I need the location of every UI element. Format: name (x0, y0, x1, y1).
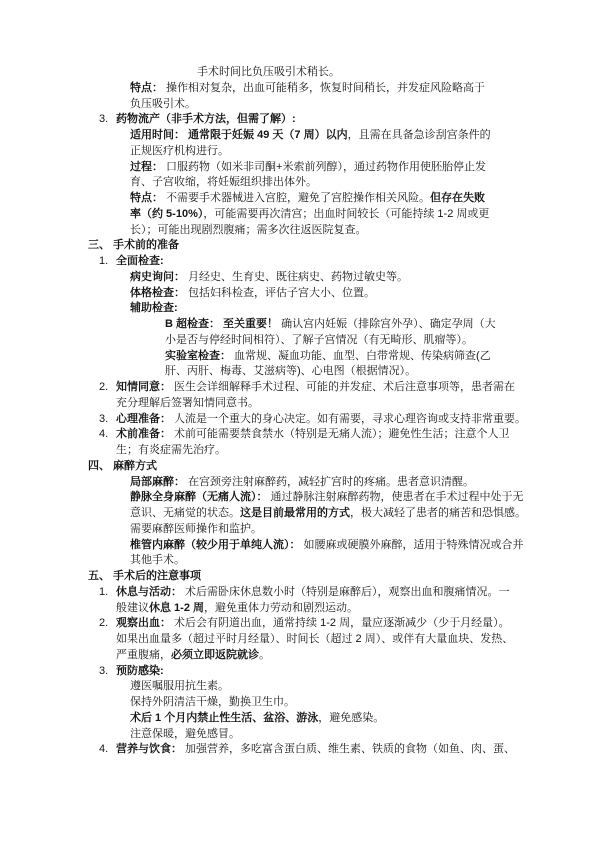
text-line: 过程： 口服药物（如米非司酮+米索前列醇），通过药物作用使胚胎停止发 (0, 160, 595, 176)
text-run: 如果出血量多（超过平时月经量）、时间长（超过 2 周）、或伴有大量血块、发热、 (116, 633, 513, 645)
bold-run: B 超检查： 至关重要！ (165, 318, 278, 330)
section-heading-line: 五、手术后的注意事项 (0, 569, 595, 585)
text-line: 4.营养与饮食： 加强营养，多吃富含蛋白质、维生素、铁质的食物（如鱼、肉、蛋、 (0, 742, 595, 758)
text-line: 4.术前准备： 术前可能需要禁食禁水（特别是无痛人流）；避免性生活；注意个人卫 (0, 427, 595, 443)
text-run: 小是否与停经时间相符）、了解子宫情况（有无畸形、肌瘤等）。 (165, 334, 473, 346)
section-heading-line: 四、麻醉方式 (0, 459, 595, 475)
text-run: 其他手术。 (130, 554, 185, 566)
text-line: 术后 1 个月内禁止性生活、盆浴、游泳，避免感染。 (0, 711, 595, 727)
text-run: ，可能需要再次清宫；出血时间较长（可能持续 1-2 周或更 (203, 208, 489, 220)
text-content: 负压吸引术。 (130, 97, 196, 113)
text-content: 术后 1 个月内禁止性生活、盆浴、游泳，避免感染。 (130, 711, 384, 727)
bold-run: 率（约 5-10%） (130, 208, 203, 220)
heading-number: 四、 (88, 459, 110, 475)
text-content: 需要麻醉医师操作和监护。 (130, 522, 262, 538)
text-line: 育、子宫收缩，将妊娠组织排出体外。 (0, 175, 595, 191)
text-run: 术前可能需要禁食禁水（特别是无痛人流）；避免性生活；注意个人卫 (171, 428, 510, 440)
text-run: ，且需在具备急诊刮宫条件的 (348, 129, 491, 141)
text-content: 般建议休息 1-2 周，避免重体力劳动和剧烈运动。 (116, 601, 358, 617)
text-line: 般建议休息 1-2 周，避免重体力劳动和剧烈运动。 (0, 601, 595, 617)
text-line: 2.观察出血： 术后会有阴道出血，通常持续 1-2 周，量应逐渐减少（少于月经量… (0, 616, 595, 632)
text-content: 营养与饮食： 加强营养，多吃富含蛋白质、维生素、铁质的食物（如鱼、肉、蛋、 (116, 742, 515, 758)
text-content: 肝、丙肝、梅毒、艾滋病等)、心电图（根据情况）。 (165, 364, 416, 380)
text-content: 辅助检查: (130, 301, 178, 317)
list-number: 4. (99, 742, 108, 758)
bold-run: 休息与活动： (116, 586, 182, 598)
text-line: B 超检查： 至关重要！ 确认宫内妊娠（排除宫外孕）、确定孕周（大 (0, 317, 595, 333)
list-number: 1. (99, 585, 108, 601)
text-content: 术前准备： 术前可能需要禁食禁水（特别是无痛人流）；避免性生活；注意个人卫 (116, 427, 510, 443)
text-content: 充分理解后签署知情同意书。 (116, 396, 259, 412)
text-run: 通过静脉注射麻醉药物，使患者在手术过程中处于无 (268, 491, 524, 503)
text-run: 保持外阴清洁干燥，勤换卫生巾。 (130, 696, 295, 708)
text-run: 育、子宫收缩，将妊娠组织排出体外。 (130, 176, 317, 188)
text-content: 意识、无痛觉的状态。这是目前最常用的方式，极大减轻了患者的痛苦和恐惧感。 (130, 506, 526, 522)
text-content: 如果出血量多（超过平时月经量）、时间长（超过 2 周）、或伴有大量血块、发热、 (116, 632, 513, 648)
text-run: 操作相对复杂，出血可能稍多，恢复时间稍长，并发症风险略高于 (163, 82, 485, 94)
text-content: 体格检查： 包括妇科检查，评估子宫大小、位置。 (130, 286, 375, 302)
text-content: 特点： 操作相对复杂，出血可能稍多，恢复时间稍长，并发症风险略高于 (130, 81, 485, 97)
text-content: 全面检查: (116, 254, 164, 270)
text-line: 静脉全身麻醉（无痛人流）： 通过静脉注射麻醉药物，使患者在手术过程中处于无 (0, 490, 595, 506)
text-run: 加强营养，多吃富含蛋白质、维生素、铁质的食物（如鱼、肉、蛋、 (182, 743, 515, 755)
text-line: 保持外阴清洁干燥，勤换卫生巾。 (0, 695, 595, 711)
text-line: 2.知情同意： 医生会详细解释手术过程、可能的并发症、术后注意事项等，患者需在 (0, 380, 595, 396)
text-content: 过程： 口服药物（如米非司酮+米索前列醇），通过药物作用使胚胎停止发 (130, 160, 486, 176)
text-content: 长）；可能出现剧烈腹痛；需多次往返医院复查。 (130, 223, 367, 239)
bold-run: 预防感染: (116, 665, 164, 677)
text-run: 包括妇科检查，评估子宫大小、位置。 (185, 287, 375, 299)
text-line: 率（约 5-10%），可能需要再次清宫；出血时间较长（可能持续 1-2 周或更 (0, 207, 595, 223)
bold-run: 实验室检查： (165, 350, 231, 362)
bold-run: 全面检查: (116, 255, 164, 267)
text-run: 。 (259, 649, 270, 661)
text-run: 肝、丙肝、梅毒、艾滋病等)、心电图（根据情况）。 (165, 365, 416, 377)
bold-run: 特点： (130, 192, 163, 204)
text-line: 小是否与停经时间相符）、了解子宫情况（有无畸形、肌瘤等）。 (0, 333, 595, 349)
text-content: 生；有炎症需先治疗。 (116, 443, 226, 459)
text-line: 1.全面检查: (0, 254, 595, 270)
text-run: 口服药物（如米非司酮+米索前列醇），通过药物作用使胚胎停止发 (163, 161, 486, 173)
text-line: 体格检查： 包括妇科检查，评估子宫大小、位置。 (0, 286, 595, 302)
text-run: 医生会详细解释手术过程、可能的并发症、术后注意事项等，患者需在 (171, 381, 515, 393)
bold-run: 适用时间： 通常限于妊娠 49 天（7 周）以内 (130, 129, 348, 141)
text-content: 手术后的注意事项 (113, 569, 201, 585)
bold-run: 麻醉方式 (113, 460, 157, 472)
text-line: 意识、无痛觉的状态。这是目前最常用的方式，极大减轻了患者的痛苦和恐惧感。 (0, 506, 595, 522)
text-content: 严重腹痛，必须立即返院就诊。 (116, 648, 270, 664)
text-run: 生；有炎症需先治疗。 (116, 444, 226, 456)
text-run: 严重腹痛， (116, 649, 171, 661)
text-content: 休息与活动： 术后需卧床休息数小时（特别是麻醉后），观察出血和腹痛情况。一 (116, 585, 510, 601)
text-content: 正规医疗机构进行。 (130, 144, 229, 160)
text-run: 术后需卧床休息数小时（特别是麻醉后），观察出血和腹痛情况。一 (182, 586, 510, 598)
bold-run: 必须立即返院就诊 (171, 649, 259, 661)
text-run: 意识、无痛觉的状态。 (130, 507, 240, 519)
text-run: 负压吸引术。 (130, 98, 196, 110)
bold-run: 手术后的注意事项 (113, 570, 201, 582)
text-content: 病史询问： 月经史、生育史、既往病史、药物过敏史等。 (130, 270, 408, 286)
text-content: 适用时间： 通常限于妊娠 49 天（7 周）以内，且需在具备急诊刮宫条件的 (130, 128, 491, 144)
text-content: 知情同意： 医生会详细解释手术过程、可能的并发症、术后注意事项等，患者需在 (116, 380, 515, 396)
text-run: 长）；可能出现剧烈腹痛；需多次往返医院复查。 (130, 224, 367, 236)
heading-number: 五、 (88, 569, 110, 585)
text-content: 预防感染: (116, 664, 164, 680)
text-line: 实验室检查： 血常规、凝血功能、血型、白带常规、传染病筛查(乙 (0, 349, 595, 365)
bold-run: 知情同意： (116, 381, 171, 393)
text-line: 椎管内麻醉（较少用于单纯人流）： 如腰麻或硬膜外麻醉，适用于特殊情况或合并 (0, 538, 595, 554)
text-run: 需要麻醉医师操作和监护。 (130, 523, 262, 535)
text-content: 麻醉方式 (113, 459, 157, 475)
text-run: 遵医嘱服用抗生素。 (130, 680, 229, 692)
text-line: 3.心理准备： 人流是一个重大的身心决定。如有需要，寻求心理咨询或支持非常重要。 (0, 412, 595, 428)
bold-run: 术前准备： (116, 428, 171, 440)
text-line: 如果出血量多（超过平时月经量）、时间长（超过 2 周）、或伴有大量血块、发热、 (0, 632, 595, 648)
list-number: 1. (99, 254, 108, 270)
text-content: 药物流产（非手术方法，但需了解）: (116, 112, 296, 128)
bold-run: 营养与饮食： (116, 743, 182, 755)
text-content: B 超检查： 至关重要！ 确认宫内妊娠（排除宫外孕）、确定孕周（大 (165, 317, 496, 333)
text-line: 适用时间： 通常限于妊娠 49 天（7 周）以内，且需在具备急诊刮宫条件的 (0, 128, 595, 144)
text-content: 特点： 不需要手术器械进入宫腔，避免了宫腔操作相关风险。但存在失败 (130, 191, 485, 207)
text-run: 术后会有阴道出血，通常持续 1-2 周，量应逐渐减少（少于月经量）。 (171, 617, 510, 629)
document-page: 手术时间比负压吸引术稍长。特点： 操作相对复杂，出血可能稍多，恢复时间稍长，并发… (0, 0, 595, 841)
text-run: 注意保暖，避免感冒。 (130, 728, 240, 740)
text-line: 手术时间比负压吸引术稍长。 (0, 65, 595, 81)
text-content: 观察出血： 术后会有阴道出血，通常持续 1-2 周，量应逐渐减少（少于月经量）。 (116, 616, 510, 632)
text-line: 3.预防感染: (0, 664, 595, 680)
text-line: 严重腹痛，必须立即返院就诊。 (0, 648, 595, 664)
list-number: 3. (99, 664, 108, 680)
text-line: 注意保暖，避免感冒。 (0, 727, 595, 743)
text-line: 负压吸引术。 (0, 97, 595, 113)
text-content: 其他手术。 (130, 553, 185, 569)
text-content: 实验室检查： 血常规、凝血功能、血型、白带常规、传染病筛查(乙 (165, 349, 491, 365)
bold-run: 静脉全身麻醉（无痛人流）： (130, 491, 268, 503)
bold-run: 药物流产（非手术方法，但需了解）: (116, 113, 296, 125)
text-line: 1.休息与活动： 术后需卧床休息数小时（特别是麻醉后），观察出血和腹痛情况。一 (0, 585, 595, 601)
text-run: 充分理解后签署知情同意书。 (116, 397, 259, 409)
list-number: 2. (99, 380, 108, 396)
bold-run: 过程： (130, 161, 163, 173)
text-run: 血常规、凝血功能、血型、白带常规、传染病筛查(乙 (231, 350, 491, 362)
list-number: 4. (99, 427, 108, 443)
text-content: 育、子宫收缩，将妊娠组织排出体外。 (130, 175, 317, 191)
text-line: 遵医嘱服用抗生素。 (0, 679, 595, 695)
text-run: 月经史、生育史、既往病史、药物过敏史等。 (185, 271, 408, 283)
list-number: 3. (99, 112, 108, 128)
bold-run: 体格检查： (130, 287, 185, 299)
text-run: ，极大减轻了患者的痛苦和恐惧感。 (350, 507, 526, 519)
bold-run: 心理准备： (116, 413, 171, 425)
section-heading-line: 三、手术前的准备 (0, 238, 595, 254)
bold-run: 这是目前最常用的方式 (240, 507, 350, 519)
text-run: ，避免重体力劳动和剧烈运动。 (204, 602, 358, 614)
text-content: 局部麻醉： 在宫颈旁注射麻醉药，减轻扩宫时的疼痛。患者意识清醒。 (130, 475, 474, 491)
list-number: 2. (99, 616, 108, 632)
bold-run: 特点： (130, 82, 163, 94)
text-content: 手术前的准备 (113, 238, 179, 254)
list-number: 3. (99, 412, 108, 428)
text-run: 手术时间比负压吸引术稍长。 (197, 66, 340, 78)
text-line: 需要麻醉医师操作和监护。 (0, 522, 595, 538)
bold-run: 局部麻醉： (130, 476, 185, 488)
text-run: ，避免感染。 (318, 712, 384, 724)
text-content: 小是否与停经时间相符）、了解子宫情况（有无畸形、肌瘤等）。 (165, 333, 473, 349)
bold-run: 手术前的准备 (113, 239, 179, 251)
bold-run: 观察出血： (116, 617, 171, 629)
text-run: 正规医疗机构进行。 (130, 145, 229, 157)
text-content: 注意保暖，避免感冒。 (130, 727, 240, 743)
text-run: 般建议 (116, 602, 149, 614)
text-content: 遵医嘱服用抗生素。 (130, 679, 229, 695)
text-run: 不需要手术器械进入宫腔，避免了宫腔操作相关风险。 (163, 192, 430, 204)
text-content: 椎管内麻醉（较少用于单纯人流）： 如腰麻或硬膜外麻醉，适用于特殊情况或合并 (130, 538, 524, 554)
text-line: 病史询问： 月经史、生育史、既往病史、药物过敏史等。 (0, 270, 595, 286)
text-run: 在宫颈旁注射麻醉药，减轻扩宫时的疼痛。患者意识清醒。 (185, 476, 474, 488)
text-line: 肝、丙肝、梅毒、艾滋病等)、心电图（根据情况）。 (0, 364, 595, 380)
text-run: 如腰麻或硬膜外麻醉，适用于特殊情况或合并 (301, 539, 524, 551)
bold-run: 术后 1 个月内禁止性生活、盆浴、游泳 (130, 712, 318, 724)
text-line: 局部麻醉： 在宫颈旁注射麻醉药，减轻扩宫时的疼痛。患者意识清醒。 (0, 475, 595, 491)
bold-run: 但存在失败 (430, 192, 485, 204)
text-line: 其他手术。 (0, 553, 595, 569)
text-content: 静脉全身麻醉（无痛人流）： 通过静脉注射麻醉药物，使患者在手术过程中处于无 (130, 490, 524, 506)
text-line: 正规医疗机构进行。 (0, 144, 595, 160)
heading-number: 三、 (88, 238, 110, 254)
text-content: 保持外阴清洁干燥，勤换卫生巾。 (130, 695, 295, 711)
text-line: 3.药物流产（非手术方法，但需了解）: (0, 112, 595, 128)
bold-run: 休息 1-2 周 (149, 602, 204, 614)
text-line: 充分理解后签署知情同意书。 (0, 396, 595, 412)
bold-run: 辅助检查: (130, 302, 178, 314)
text-content: 手术时间比负压吸引术稍长。 (197, 65, 340, 81)
text-run: 确认宫内妊娠（排除宫外孕）、确定孕周（大 (278, 318, 496, 330)
bold-run: 椎管内麻醉（较少用于单纯人流）： (130, 539, 301, 551)
text-line: 长）；可能出现剧烈腹痛；需多次往返医院复查。 (0, 223, 595, 239)
text-line: 辅助检查: (0, 301, 595, 317)
text-line: 特点： 不需要手术器械进入宫腔，避免了宫腔操作相关风险。但存在失败 (0, 191, 595, 207)
text-content: 率（约 5-10%），可能需要再次清宫；出血时间较长（可能持续 1-2 周或更 (130, 207, 489, 223)
text-line: 特点： 操作相对复杂，出血可能稍多，恢复时间稍长，并发症风险略高于 (0, 81, 595, 97)
text-content: 心理准备： 人流是一个重大的身心决定。如有需要，寻求心理咨询或支持非常重要。 (116, 412, 526, 428)
text-run: 人流是一个重大的身心决定。如有需要，寻求心理咨询或支持非常重要。 (171, 413, 526, 425)
bold-run: 病史询问： (130, 271, 185, 283)
text-line: 生；有炎症需先治疗。 (0, 443, 595, 459)
